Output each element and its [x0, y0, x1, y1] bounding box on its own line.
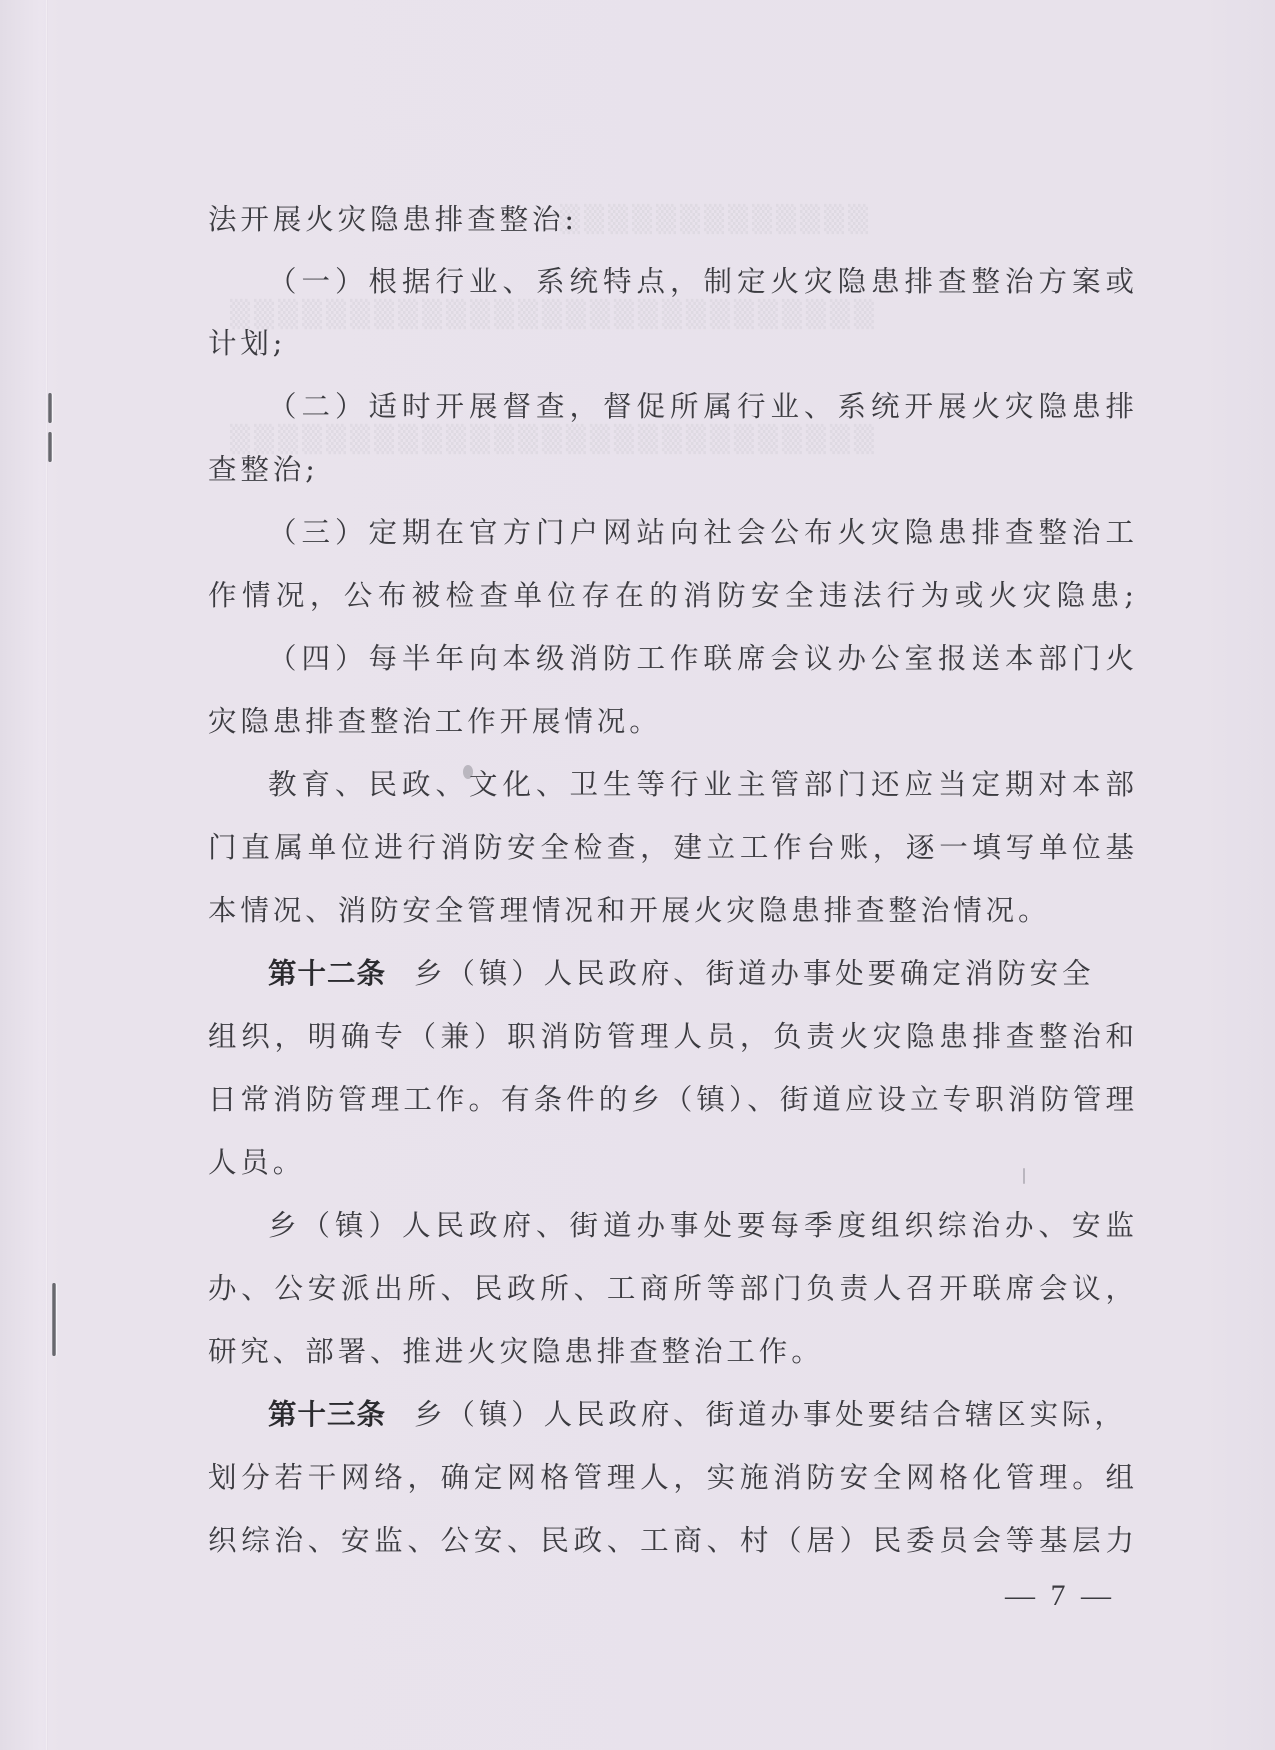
text-line: 乡（镇）人民政府、街道办事处要确定消防安全: [414, 957, 1094, 990]
article-13-first-line: 第十三条乡（镇）人民政府、街道办事处要结合辖区实际，: [268, 1395, 1127, 1435]
staple-icon: [48, 432, 52, 462]
text-line: （一）根据行业、系统特点，制定火灾隐患排查整治方案或: [268, 262, 1134, 302]
staple-icon: [48, 393, 52, 423]
page-number: — 7 —: [1005, 1579, 1115, 1613]
article-12-first-line: 第十二条乡（镇）人民政府、街道办事处要确定消防安全: [268, 954, 1094, 994]
text-line: 教育、民政、文化、卫生等行业主管部门还应当定期对本部: [268, 765, 1134, 805]
show-through-text: ▒▒▒▒▒▒▒▒▒▒▒▒▒: [560, 205, 872, 235]
text-line: 乡（镇）人民政府、街道办事处要每季度组织综治办、安监: [268, 1206, 1134, 1246]
paper-speck: [1023, 1168, 1025, 1184]
text-line: 作情况，公布被检查单位存在的消防安全违法行为或火灾隐患;: [208, 576, 1134, 616]
article-13-title: 第十三条: [268, 1398, 386, 1431]
text-line: （三）定期在官方门户网站向社会公布火灾隐患排查整治工: [268, 513, 1134, 553]
binding-fold: [46, 0, 48, 1750]
show-through-text: ▒▒▒▒▒▒▒▒▒▒▒▒▒▒▒▒▒▒▒▒▒▒▒▒▒▒▒: [230, 425, 878, 455]
text-line: 织综治、安监、公安、民政、工商、村（居）民委员会等基层力: [208, 1521, 1134, 1561]
text-line: 乡（镇）人民政府、街道办事处要结合辖区实际，: [414, 1398, 1127, 1431]
text-line: 人员。: [208, 1143, 305, 1183]
staple-icon: [52, 1283, 56, 1356]
text-line: 门直属单位进行消防安全检查，建立工作台账，逐一填写单位基: [208, 828, 1134, 868]
text-line: （二）适时开展督查，督促所属行业、系统开展火灾隐患排: [268, 387, 1134, 427]
text-line: 划分若干网络，确定网格管理人，实施消防安全网格化管理。组: [208, 1458, 1134, 1498]
text-line: 灾隐患排查整治工作开展情况。: [208, 702, 662, 742]
text-line: 办、公安派出所、民政所、工商所等部门负责人召开联席会议，: [208, 1269, 1134, 1309]
text-line: 法开展火灾隐患排查整治:: [208, 200, 578, 240]
text-line: 组织，明确专（兼）职消防管理人员，负责火灾隐患排查整治和: [208, 1017, 1134, 1057]
article-12-title: 第十二条: [268, 957, 386, 990]
text-line: 日常消防管理工作。有条件的乡（镇）、街道应设立专职消防管理: [208, 1080, 1134, 1120]
text-line: 查整治;: [208, 450, 319, 490]
document-page: ▒▒▒▒▒▒▒▒▒▒▒▒▒ ▒▒▒▒▒▒▒▒▒▒▒▒▒▒▒▒▒▒▒▒▒▒▒▒▒▒…: [0, 0, 1275, 1750]
text-line: （四）每半年向本级消防工作联席会议办公室报送本部门火: [268, 639, 1134, 679]
text-line: 本情况、消防安全管理情况和开展火灾隐患排查整治情况。: [208, 891, 1050, 931]
text-line: 研究、部署、推进火灾隐患排查整治工作。: [208, 1332, 824, 1372]
show-through-text: ▒▒▒▒▒▒▒▒▒▒▒▒▒▒▒▒▒▒▒▒▒▒▒▒▒▒▒: [230, 300, 878, 330]
text-line: 计划;: [208, 324, 286, 364]
